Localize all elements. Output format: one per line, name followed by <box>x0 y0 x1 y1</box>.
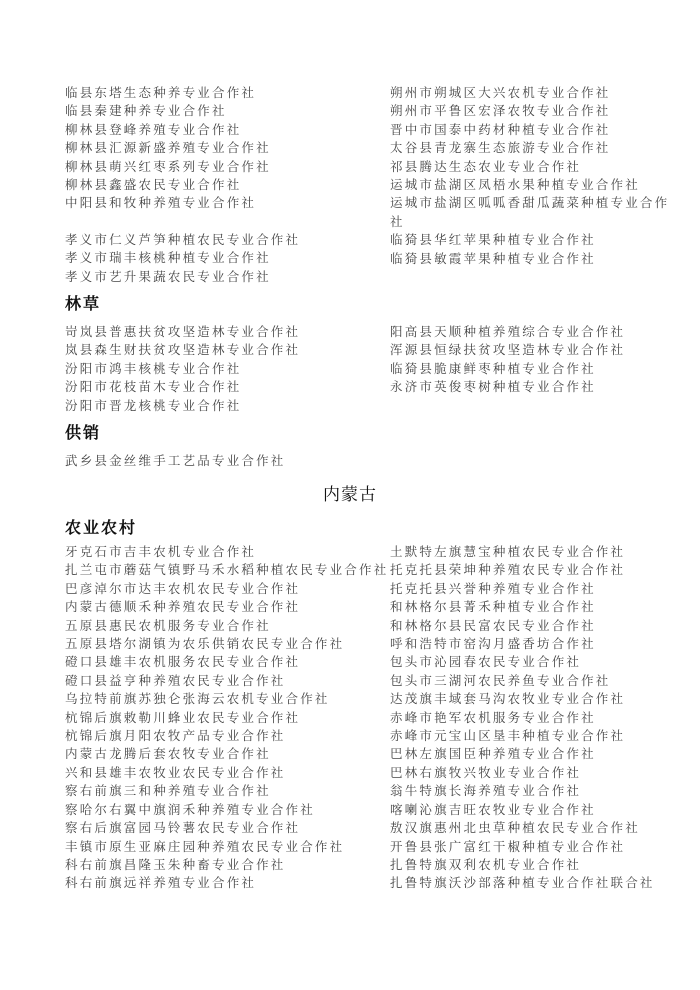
list-item: 孝义市仁义芦笋种植农民专业合作社 <box>65 231 385 249</box>
list-item: 五原县塔尔湖镇为农乐供销农民专业合作社 <box>65 635 385 653</box>
list-item: 柳林县鑫盛农民专业合作社 <box>65 176 385 194</box>
list-item: 汾阳市鸿丰核桃专业合作社 <box>65 360 385 378</box>
nmg-agri-left-list: 牙克石市吉丰农机专业合作社 扎兰屯市蘑菇气镇野马禾水稻种植农民专业合作社 巴彦淖… <box>65 543 385 893</box>
list-item: 杭锦后旗敕勒川蜂业农民专业合作社 <box>65 709 385 727</box>
list-item: 磴口县雄丰农机服务农民专业合作社 <box>65 653 385 671</box>
list-item: 柳林县汇源新盛养殖专业合作社 <box>65 139 385 157</box>
list-item: 扎鲁特旗双利农机专业合作社 <box>390 856 685 874</box>
list-item: 包头市沁园春农民专业合作社 <box>390 653 685 671</box>
list-item: 岢岚县普惠扶贫攻坚造林专业合作社 <box>65 323 385 341</box>
list-item: 赤峰市艳军农机服务专业合作社 <box>390 709 685 727</box>
list-item: 和林格尔县菁禾种植专业合作社 <box>390 598 685 616</box>
list-item: 扎兰屯市蘑菇气镇野马禾水稻种植农民专业合作社 <box>65 561 385 579</box>
list-item: 内蒙古龙腾后套农牧专业合作社 <box>65 745 385 763</box>
list-item: 内蒙古德顺禾种养殖农民专业合作社 <box>65 598 385 616</box>
section-heading-gongxiao: 供销 <box>65 420 101 443</box>
list-item: 运城市盐湖区凤梧水果种植专业合作社 <box>390 176 685 194</box>
list-item: 喀喇沁旗吉旺农牧业专业合作社 <box>390 801 685 819</box>
list-item: 武乡县金丝维手工艺品专业合作社 <box>65 452 385 470</box>
list-item: 祁县腾达生态农业专业合作社 <box>390 158 685 176</box>
list-item: 巴林右旗牧兴牧业专业合作社 <box>390 764 685 782</box>
list-item: 浑源县恒绿扶贫攻坚造林专业合作社 <box>390 341 685 359</box>
list-item: 岚县森生财扶贫攻坚造林专业合作社 <box>65 341 385 359</box>
nmg-agri-right-list: 土默特左旗慧宝种植农民专业合作社 托克托县荣坤种养殖农民专业合作社 托克托县兴誉… <box>390 543 685 893</box>
list-item: 太谷县青龙寨生态旅游专业合作社 <box>390 139 685 157</box>
list-item: 临猗县敏霞苹果种植专业合作社 <box>390 250 685 268</box>
list-item: 土默特左旗慧宝种植农民专业合作社 <box>390 543 685 561</box>
list-item: 汾阳市花枝苗木专业合作社 <box>65 378 385 396</box>
list-item: 达茂旗丰域套马沟农牧业专业合作社 <box>390 690 685 708</box>
list-item: 孝义市艺升果蔬农民专业合作社 <box>65 268 385 286</box>
shanxi-agri-left-list-a: 临县东塔生态种养专业合作社 临县秦建种养专业合作社 柳林县登峰养殖专业合作社 柳… <box>65 84 385 213</box>
list-item: 和林格尔县民富农民专业合作社 <box>390 617 685 635</box>
list-item: 乌拉特前旗苏独仑张海云农机专业合作社 <box>65 690 385 708</box>
list-item: 临猗县脆康鲜枣种植专业合作社 <box>390 360 685 378</box>
gongxiao-left-list: 武乡县金丝维手工艺品专业合作社 <box>65 452 385 470</box>
section-heading-nongye: 农业农村 <box>65 515 137 538</box>
list-item: 阳高县天顺种植养殖综合专业合作社 <box>390 323 685 341</box>
lincao-left-list: 岢岚县普惠扶贫攻坚造林专业合作社 岚县森生财扶贫攻坚造林专业合作社 汾阳市鸿丰核… <box>65 323 385 415</box>
list-item: 巴林左旗国臣种养殖专业合作社 <box>390 745 685 763</box>
list-item: 汾阳市晋龙核桃专业合作社 <box>65 397 385 415</box>
list-item: 察右后旗富园马铃薯农民专业合作社 <box>65 819 385 837</box>
list-item: 五原县惠民农机服务专业合作社 <box>65 617 385 635</box>
list-item: 杭锦后旗月阳农牧产品专业合作社 <box>65 727 385 745</box>
region-title-neimenggu: 内蒙古 <box>0 480 700 505</box>
list-item: 赤峰市元宝山区垦丰种植专业合作社 <box>390 727 685 745</box>
section-heading-lincao: 林草 <box>65 291 101 314</box>
list-item: 察右前旗三和种养殖专业合作社 <box>65 782 385 800</box>
list-item: 磴口县益亨种养殖农民专业合作社 <box>65 672 385 690</box>
list-item: 科右前旗昌隆玉朱种畜专业合作社 <box>65 856 385 874</box>
list-item: 临县秦建种养专业合作社 <box>65 102 385 120</box>
list-item: 翁牛特旗长海养殖专业合作社 <box>390 782 685 800</box>
list-item: 朔州市朔城区大兴农机专业合作社 <box>390 84 685 102</box>
list-item: 朔州市平鲁区宏泽农牧专业合作社 <box>390 102 685 120</box>
list-item: 托克托县兴誉种养殖专业合作社 <box>390 580 685 598</box>
list-item: 兴和县雄丰农牧业农民专业合作社 <box>65 764 385 782</box>
list-item: 临猗县华红苹果种植专业合作社 <box>390 231 685 249</box>
list-item: 呼和浩特市窑沟月盛香坊合作社 <box>390 635 685 653</box>
list-item: 永济市英俊枣树种植专业合作社 <box>390 378 685 396</box>
list-item: 牙克石市吉丰农机专业合作社 <box>65 543 385 561</box>
list-item: 托克托县荣坤种养殖农民专业合作社 <box>390 561 685 579</box>
document-page: 临县东塔生态种养专业合作社 临县秦建种养专业合作社 柳林县登峰养殖专业合作社 柳… <box>0 0 700 990</box>
list-item: 柳林县萌兴红枣系列专业合作社 <box>65 158 385 176</box>
shanxi-agri-left-list-b: 孝义市仁义芦笋种植农民专业合作社 孝义市瑞丰核桃种植专业合作社 孝义市艺升果蔬农… <box>65 231 385 286</box>
list-item: 晋中市国泰中药材种植专业合作社 <box>390 121 685 139</box>
list-item: 扎鲁特旗沃沙部落种植专业合作社联合社 <box>390 874 685 892</box>
list-item: 柳林县登峰养殖专业合作社 <box>65 121 385 139</box>
list-item: 丰镇市原生亚麻庄园种养殖农民专业合作社 <box>65 838 385 856</box>
list-item: 科右前旗远祥养殖专业合作社 <box>65 874 385 892</box>
shanxi-agri-right-list: 朔州市朔城区大兴农机专业合作社 朔州市平鲁区宏泽农牧专业合作社 晋中市国泰中药材… <box>390 84 685 268</box>
list-item: 包头市三湖河农民养鱼专业合作社 <box>390 672 685 690</box>
list-item: 临县东塔生态种养专业合作社 <box>65 84 385 102</box>
list-item: 敖汉旗惠州北虫草种植农民专业合作社 <box>390 819 685 837</box>
list-item: 运城市盐湖区呱呱香甜瓜蔬菜种植专业合作社 <box>390 194 682 231</box>
list-item: 中阳县和牧种养殖专业合作社 <box>65 194 385 212</box>
list-item: 巴彦淖尔市达丰农机农民专业合作社 <box>65 580 385 598</box>
list-item: 察哈尔右翼中旗润禾种养殖专业合作社 <box>65 801 385 819</box>
lincao-right-list: 阳高县天顺种植养殖综合专业合作社 浑源县恒绿扶贫攻坚造林专业合作社 临猗县脆康鲜… <box>390 323 685 397</box>
list-item: 开鲁县张广富红干椒种植专业合作社 <box>390 838 685 856</box>
list-item: 孝义市瑞丰核桃种植专业合作社 <box>65 249 385 267</box>
